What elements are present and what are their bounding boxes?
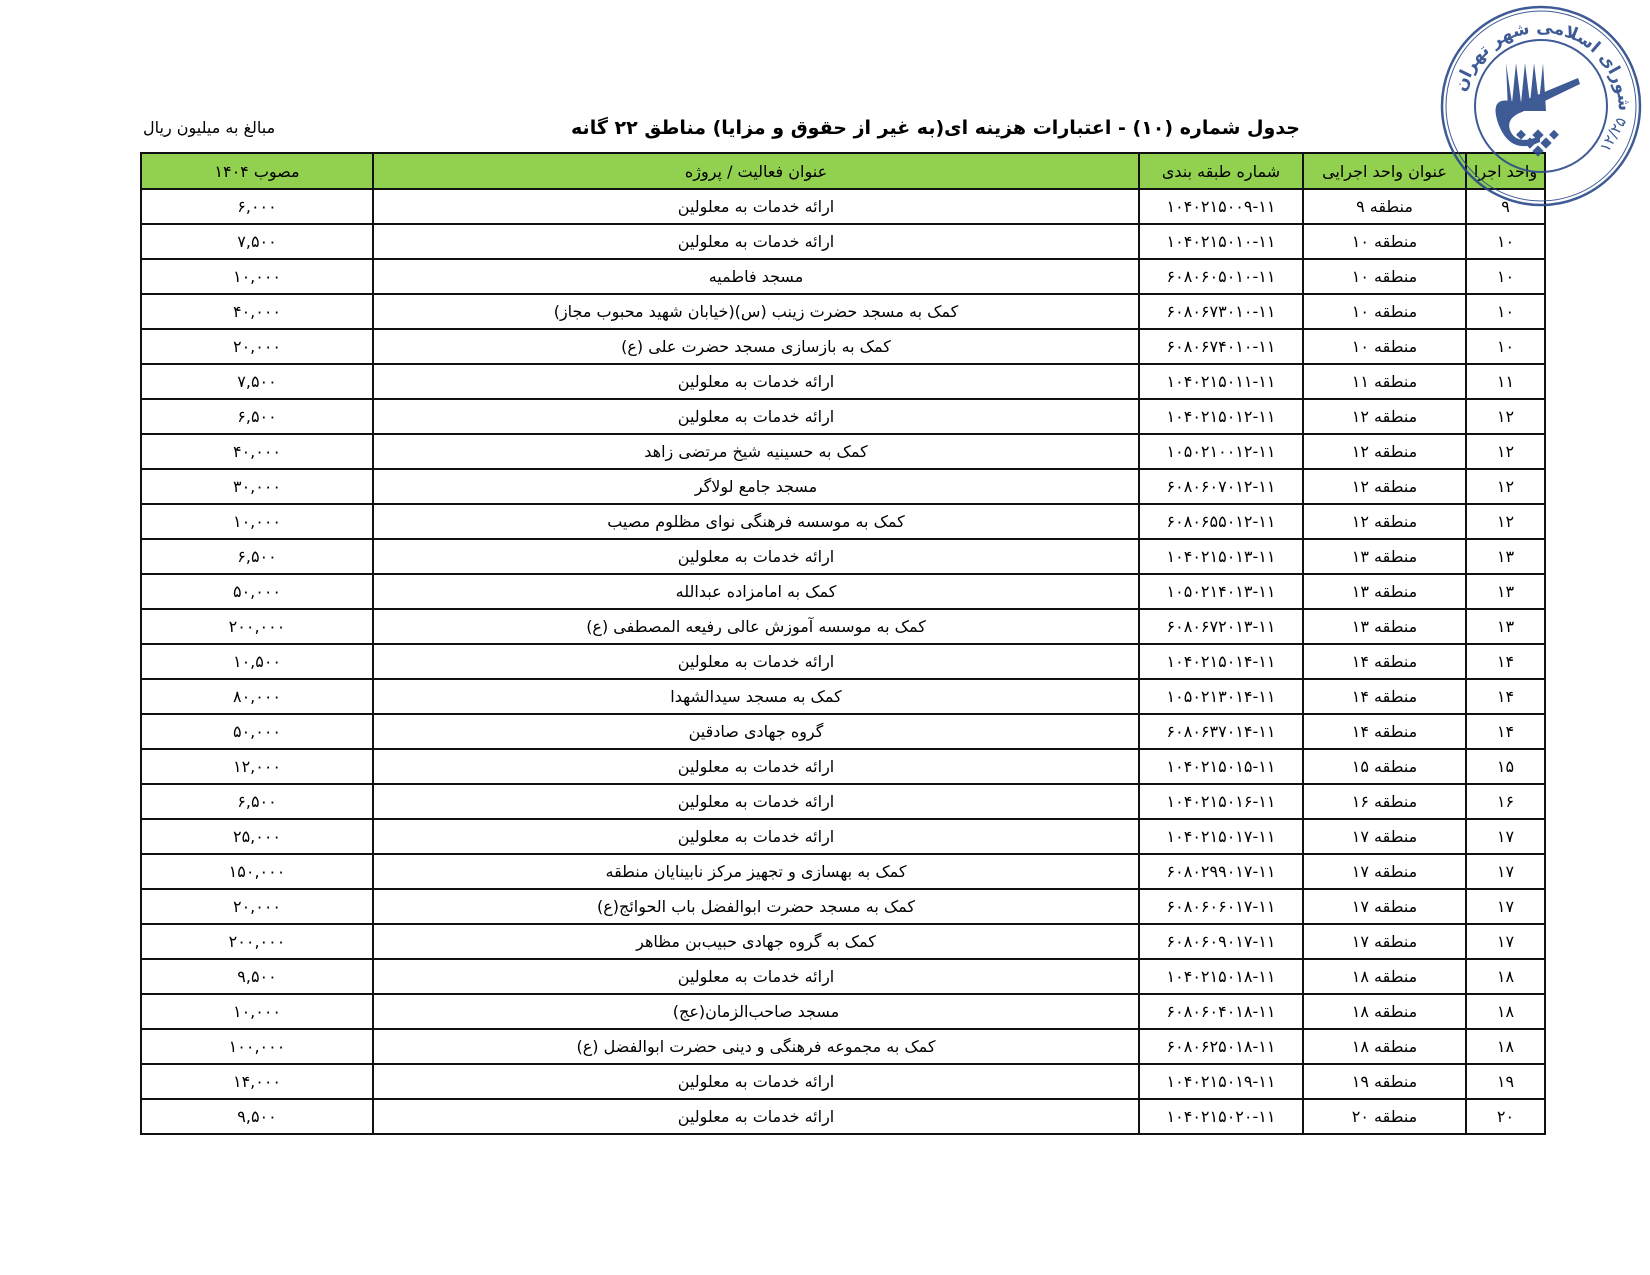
column-header-unit-title: عنوان واحد اجرایی bbox=[1303, 153, 1466, 189]
table-row: ۱۰منطقه ۱۰۶۰۸۰۶۰۵۰۱۰-۱۱مسجد فاطمیه۱۰,۰۰۰ bbox=[141, 259, 1545, 294]
approved-amount-cell: ۸۰,۰۰۰ bbox=[141, 679, 373, 714]
project-title-cell: مسجد جامع لولاگر bbox=[373, 469, 1139, 504]
approved-amount-cell: ۳۰,۰۰۰ bbox=[141, 469, 373, 504]
project-title-cell: گروه جهادی صادقین bbox=[373, 714, 1139, 749]
unit-no-cell: ۱۰ bbox=[1466, 329, 1545, 364]
unit-no-cell: ۱۷ bbox=[1466, 924, 1545, 959]
table-row: ۱۸منطقه ۱۸۶۰۸۰۶۰۴۰۱۸-۱۱مسجد صاحب‌الزمان(… bbox=[141, 994, 1545, 1029]
classification-code-cell: ۱۰۴۰۲۱۵۰۰۹-۱۱ bbox=[1139, 189, 1303, 224]
approved-amount-cell: ۵۰,۰۰۰ bbox=[141, 574, 373, 609]
approved-amount-cell: ۷,۵۰۰ bbox=[141, 364, 373, 399]
table-row: ۱۰منطقه ۱۰۶۰۸۰۶۷۳۰۱۰-۱۱کمک به مسجد حضرت … bbox=[141, 294, 1545, 329]
unit-title-cell: منطقه ۱۲ bbox=[1303, 504, 1466, 539]
classification-code-cell: ۱۰۴۰۲۱۵۰۱۹-۱۱ bbox=[1139, 1064, 1303, 1099]
unit-title-cell: منطقه ۱۰ bbox=[1303, 294, 1466, 329]
approved-amount-cell: ۴۰,۰۰۰ bbox=[141, 294, 373, 329]
unit-no-cell: ۱۵ bbox=[1466, 749, 1545, 784]
table-row: ۱۷منطقه ۱۷۱۰۴۰۲۱۵۰۱۷-۱۱ارائه خدمات به مع… bbox=[141, 819, 1545, 854]
approved-amount-cell: ۷,۵۰۰ bbox=[141, 224, 373, 259]
approved-amount-cell: ۱۴,۰۰۰ bbox=[141, 1064, 373, 1099]
approved-amount-cell: ۲۰۰,۰۰۰ bbox=[141, 924, 373, 959]
approved-amount-cell: ۹,۵۰۰ bbox=[141, 959, 373, 994]
unit-no-cell: ۱۴ bbox=[1466, 679, 1545, 714]
classification-code-cell: ۱۰۴۰۲۱۵۰۱۵-۱۱ bbox=[1139, 749, 1303, 784]
project-title-cell: ارائه خدمات به معلولین bbox=[373, 1064, 1139, 1099]
document-title: جدول شماره (۱۰) - اعتبارات هزینه ای(به غ… bbox=[680, 117, 1300, 139]
table-row: ۱۷منطقه ۱۷۶۰۸۰۶۰۶۰۱۷-۱۱کمک به مسجد حضرت … bbox=[141, 889, 1545, 924]
column-header-unit-no: واحد اجرا bbox=[1466, 153, 1545, 189]
unit-no-cell: ۲۰ bbox=[1466, 1099, 1545, 1134]
classification-code-cell: ۶۰۸۰۶۳۷۰۱۴-۱۱ bbox=[1139, 714, 1303, 749]
project-title-cell: کمک به مسجد حضرت زینب (س)(خیابان شهید مح… bbox=[373, 294, 1139, 329]
unit-no-cell: ۱۷ bbox=[1466, 819, 1545, 854]
approved-amount-cell: ۱۰,۰۰۰ bbox=[141, 994, 373, 1029]
unit-title-cell: منطقه ۱۷ bbox=[1303, 854, 1466, 889]
unit-title-cell: منطقه ۱۸ bbox=[1303, 959, 1466, 994]
unit-title-cell: منطقه ۱۲ bbox=[1303, 469, 1466, 504]
tehran-council-logo-icon bbox=[1496, 63, 1581, 157]
classification-code-cell: ۶۰۸۰۲۹۹۰۱۷-۱۱ bbox=[1139, 854, 1303, 889]
approved-amount-cell: ۱۰,۵۰۰ bbox=[141, 644, 373, 679]
table-row: ۱۲منطقه ۱۲۶۰۸۰۶۰۷۰۱۲-۱۱مسجد جامع لولاگر۳… bbox=[141, 469, 1545, 504]
unit-no-cell: ۱۸ bbox=[1466, 1029, 1545, 1064]
unit-title-cell: منطقه ۱۰ bbox=[1303, 329, 1466, 364]
classification-code-cell: ۱۰۴۰۲۱۵۰۱۸-۱۱ bbox=[1139, 959, 1303, 994]
unit-title-cell: منطقه ۱۹ bbox=[1303, 1064, 1466, 1099]
unit-title-cell: منطقه ۱۸ bbox=[1303, 1029, 1466, 1064]
table-row: ۱۳منطقه ۱۳۱۰۵۰۲۱۴۰۱۳-۱۱کمک به امامزاده ع… bbox=[141, 574, 1545, 609]
unit-no-cell: ۱۲ bbox=[1466, 469, 1545, 504]
table-row: ۱۷منطقه ۱۷۶۰۸۰۶۰۹۰۱۷-۱۱کمک به گروه جهادی… bbox=[141, 924, 1545, 959]
unit-title-cell: منطقه ۱۱ bbox=[1303, 364, 1466, 399]
unit-title-cell: منطقه ۱۶ bbox=[1303, 784, 1466, 819]
table-row: ۱۷منطقه ۱۷۶۰۸۰۲۹۹۰۱۷-۱۱کمک به بهسازی و ت… bbox=[141, 854, 1545, 889]
unit-no-cell: ۱۹ bbox=[1466, 1064, 1545, 1099]
unit-title-cell: منطقه ۱۳ bbox=[1303, 539, 1466, 574]
approved-amount-cell: ۹,۵۰۰ bbox=[141, 1099, 373, 1134]
stamp-text: اداره مصوبات شورای اسلامی شهر تهران bbox=[1438, 3, 1634, 118]
classification-code-cell: ۶۰۸۰۶۰۴۰۱۸-۱۱ bbox=[1139, 994, 1303, 1029]
classification-code-cell: ۱۰۴۰۲۱۵۰۱۰-۱۱ bbox=[1139, 224, 1303, 259]
approved-amount-cell: ۱۰۰,۰۰۰ bbox=[141, 1029, 373, 1064]
approved-amount-cell: ۲۰,۰۰۰ bbox=[141, 889, 373, 924]
unit-no-cell: ۱۳ bbox=[1466, 539, 1545, 574]
unit-title-cell: منطقه ۱۰ bbox=[1303, 224, 1466, 259]
approved-amount-cell: ۴۰,۰۰۰ bbox=[141, 434, 373, 469]
table-row: ۱۳منطقه ۱۳۱۰۴۰۲۱۵۰۱۳-۱۱ارائه خدمات به مع… bbox=[141, 539, 1545, 574]
approved-amount-cell: ۶,۵۰۰ bbox=[141, 399, 373, 434]
table-row: ۹منطقه ۹۱۰۴۰۲۱۵۰۰۹-۱۱ارائه خدمات به معلو… bbox=[141, 189, 1545, 224]
classification-code-cell: ۱۰۵۰۲۱۰۰۱۲-۱۱ bbox=[1139, 434, 1303, 469]
unit-no-cell: ۱۰ bbox=[1466, 259, 1545, 294]
classification-code-cell: ۱۰۴۰۲۱۵۰۱۳-۱۱ bbox=[1139, 539, 1303, 574]
approved-amount-cell: ۱۰,۰۰۰ bbox=[141, 259, 373, 294]
classification-code-cell: ۱۰۴۰۲۱۵۰۲۰-۱۱ bbox=[1139, 1099, 1303, 1134]
project-title-cell: کمک به موسسه آموزش عالی رفیعه المصطفی (ع… bbox=[373, 609, 1139, 644]
column-header-project: عنوان فعالیت / پروژه bbox=[373, 153, 1139, 189]
classification-code-cell: ۶۰۸۰۶۰۵۰۱۰-۱۱ bbox=[1139, 259, 1303, 294]
approved-amount-cell: ۲۰۰,۰۰۰ bbox=[141, 609, 373, 644]
table-row: ۱۴منطقه ۱۴۶۰۸۰۶۳۷۰۱۴-۱۱گروه جهادی صادقین… bbox=[141, 714, 1545, 749]
unit-no-cell: ۱۸ bbox=[1466, 994, 1545, 1029]
unit-no-cell: ۱۲ bbox=[1466, 504, 1545, 539]
classification-code-cell: ۶۰۸۰۶۷۴۰۱۰-۱۱ bbox=[1139, 329, 1303, 364]
approved-amount-cell: ۶,۰۰۰ bbox=[141, 189, 373, 224]
project-title-cell: ارائه خدمات به معلولین bbox=[373, 819, 1139, 854]
approved-amount-cell: ۵۰,۰۰۰ bbox=[141, 714, 373, 749]
project-title-cell: کمک به مسجد سیدالشهدا bbox=[373, 679, 1139, 714]
project-title-cell: ارائه خدمات به معلولین bbox=[373, 784, 1139, 819]
approved-amount-cell: ۱۵۰,۰۰۰ bbox=[141, 854, 373, 889]
project-title-cell: ارائه خدمات به معلولین bbox=[373, 539, 1139, 574]
project-title-cell: مسجد فاطمیه bbox=[373, 259, 1139, 294]
budget-table: واحد اجرا عنوان واحد اجرایی شماره طبقه ب… bbox=[140, 152, 1546, 1135]
classification-code-cell: ۱۰۴۰۲۱۵۰۱۱-۱۱ bbox=[1139, 364, 1303, 399]
currency-unit-note: مبالغ به میلیون ریال bbox=[143, 118, 275, 137]
table-row: ۱۸منطقه ۱۸۱۰۴۰۲۱۵۰۱۸-۱۱ارائه خدمات به مع… bbox=[141, 959, 1545, 994]
unit-no-cell: ۱۷ bbox=[1466, 889, 1545, 924]
table-row: ۱۲منطقه ۱۲۶۰۸۰۶۵۵۰۱۲-۱۱کمک به موسسه فرهن… bbox=[141, 504, 1545, 539]
classification-code-cell: ۱۰۴۰۲۱۵۰۱۲-۱۱ bbox=[1139, 399, 1303, 434]
unit-title-cell: منطقه ۲۰ bbox=[1303, 1099, 1466, 1134]
unit-no-cell: ۱۲ bbox=[1466, 399, 1545, 434]
classification-code-cell: ۶۰۸۰۶۵۵۰۱۲-۱۱ bbox=[1139, 504, 1303, 539]
unit-no-cell: ۱۰ bbox=[1466, 224, 1545, 259]
column-header-code: شماره طبقه بندی bbox=[1139, 153, 1303, 189]
project-title-cell: ارائه خدمات به معلولین bbox=[373, 364, 1139, 399]
unit-no-cell: ۱۴ bbox=[1466, 714, 1545, 749]
approved-amount-cell: ۲۵,۰۰۰ bbox=[141, 819, 373, 854]
table-row: ۱۸منطقه ۱۸۶۰۸۰۶۲۵۰۱۸-۱۱کمک به مجموعه فره… bbox=[141, 1029, 1545, 1064]
stamp-arc-text: اداره مصوبات شورای اسلامی شهر تهران bbox=[1438, 3, 1634, 118]
project-title-cell: ارائه خدمات به معلولین bbox=[373, 749, 1139, 784]
unit-title-cell: منطقه ۱۷ bbox=[1303, 924, 1466, 959]
table-row: ۱۹منطقه ۱۹۱۰۴۰۲۱۵۰۱۹-۱۱ارائه خدمات به مع… bbox=[141, 1064, 1545, 1099]
unit-title-cell: منطقه ۱۳ bbox=[1303, 609, 1466, 644]
unit-no-cell: ۱۱ bbox=[1466, 364, 1545, 399]
table-row: ۱۲منطقه ۱۲۱۰۵۰۲۱۰۰۱۲-۱۱کمک به حسینیه شیخ… bbox=[141, 434, 1545, 469]
table-row: ۱۰منطقه ۱۰۱۰۴۰۲۱۵۰۱۰-۱۱ارائه خدمات به مع… bbox=[141, 224, 1545, 259]
unit-title-cell: منطقه ۱۷ bbox=[1303, 819, 1466, 854]
approved-amount-cell: ۶,۵۰۰ bbox=[141, 784, 373, 819]
project-title-cell: کمک به مسجد حضرت ابوالفضل باب الحوائج(ع) bbox=[373, 889, 1139, 924]
project-title-cell: ارائه خدمات به معلولین bbox=[373, 1099, 1139, 1134]
classification-code-cell: ۶۰۸۰۶۰۹۰۱۷-۱۱ bbox=[1139, 924, 1303, 959]
table-row: ۱۲منطقه ۱۲۱۰۴۰۲۱۵۰۱۲-۱۱ارائه خدمات به مع… bbox=[141, 399, 1545, 434]
classification-code-cell: ۶۰۸۰۶۲۵۰۱۸-۱۱ bbox=[1139, 1029, 1303, 1064]
unit-no-cell: ۱۲ bbox=[1466, 434, 1545, 469]
classification-code-cell: ۶۰۸۰۶۷۳۰۱۰-۱۱ bbox=[1139, 294, 1303, 329]
stamp-number: ۱۲/۲۵ bbox=[1596, 114, 1630, 155]
unit-no-cell: ۱۰ bbox=[1466, 294, 1545, 329]
unit-title-cell: منطقه ۱۰ bbox=[1303, 259, 1466, 294]
unit-title-cell: منطقه ۹ bbox=[1303, 189, 1466, 224]
approved-amount-cell: ۱۲,۰۰۰ bbox=[141, 749, 373, 784]
unit-no-cell: ۱۸ bbox=[1466, 959, 1545, 994]
project-title-cell: ارائه خدمات به معلولین bbox=[373, 399, 1139, 434]
column-header-amount: مصوب ۱۴۰۴ bbox=[141, 153, 373, 189]
unit-no-cell: ۱۷ bbox=[1466, 854, 1545, 889]
unit-title-cell: منطقه ۱۷ bbox=[1303, 889, 1466, 924]
unit-no-cell: ۹ bbox=[1466, 189, 1545, 224]
classification-code-cell: ۱۰۵۰۲۱۳۰۱۴-۱۱ bbox=[1139, 679, 1303, 714]
project-title-cell: کمک به گروه جهادی حبیب‌بن مظاهر bbox=[373, 924, 1139, 959]
unit-title-cell: منطقه ۱۵ bbox=[1303, 749, 1466, 784]
classification-code-cell: ۱۰۴۰۲۱۵۰۱۶-۱۱ bbox=[1139, 784, 1303, 819]
project-title-cell: کمک به مجموعه فرهنگی و دینی حضرت ابوالفض… bbox=[373, 1029, 1139, 1064]
table-row: ۱۴منطقه ۱۴۱۰۴۰۲۱۵۰۱۴-۱۱ارائه خدمات به مع… bbox=[141, 644, 1545, 679]
project-title-cell: کمک به بازسازی مسجد حضرت علی (ع) bbox=[373, 329, 1139, 364]
table-row: ۲۰منطقه ۲۰۱۰۴۰۲۱۵۰۲۰-۱۱ارائه خدمات به مع… bbox=[141, 1099, 1545, 1134]
unit-no-cell: ۱۳ bbox=[1466, 574, 1545, 609]
unit-title-cell: منطقه ۱۲ bbox=[1303, 434, 1466, 469]
table-header-row: واحد اجرا عنوان واحد اجرایی شماره طبقه ب… bbox=[141, 153, 1545, 189]
project-title-cell: ارائه خدمات به معلولین bbox=[373, 644, 1139, 679]
classification-code-cell: ۱۰۴۰۲۱۵۰۱۷-۱۱ bbox=[1139, 819, 1303, 854]
table-row: ۱۱منطقه ۱۱۱۰۴۰۲۱۵۰۱۱-۱۱ارائه خدمات به مع… bbox=[141, 364, 1545, 399]
classification-code-cell: ۱۰۴۰۲۱۵۰۱۴-۱۱ bbox=[1139, 644, 1303, 679]
project-title-cell: ارائه خدمات به معلولین bbox=[373, 959, 1139, 994]
table-body: ۹منطقه ۹۱۰۴۰۲۱۵۰۰۹-۱۱ارائه خدمات به معلو… bbox=[141, 189, 1545, 1134]
project-title-cell: کمک به موسسه فرهنگی نوای مظلوم مصیب bbox=[373, 504, 1139, 539]
classification-code-cell: ۶۰۸۰۶۷۲۰۱۳-۱۱ bbox=[1139, 609, 1303, 644]
table-row: ۱۴منطقه ۱۴۱۰۵۰۲۱۳۰۱۴-۱۱کمک به مسجد سیدال… bbox=[141, 679, 1545, 714]
unit-no-cell: ۱۴ bbox=[1466, 644, 1545, 679]
approved-amount-cell: ۱۰,۰۰۰ bbox=[141, 504, 373, 539]
project-title-cell: مسجد صاحب‌الزمان(عج) bbox=[373, 994, 1139, 1029]
unit-no-cell: ۱۳ bbox=[1466, 609, 1545, 644]
table-row: ۱۵منطقه ۱۵۱۰۴۰۲۱۵۰۱۵-۱۱ارائه خدمات به مع… bbox=[141, 749, 1545, 784]
unit-title-cell: منطقه ۱۸ bbox=[1303, 994, 1466, 1029]
approved-amount-cell: ۲۰,۰۰۰ bbox=[141, 329, 373, 364]
unit-no-cell: ۱۶ bbox=[1466, 784, 1545, 819]
project-title-cell: کمک به امامزاده عبدالله bbox=[373, 574, 1139, 609]
table-row: ۱۰منطقه ۱۰۶۰۸۰۶۷۴۰۱۰-۱۱کمک به بازسازی مس… bbox=[141, 329, 1545, 364]
project-title-cell: کمک به بهسازی و تجهیز مرکز نابینایان منط… bbox=[373, 854, 1139, 889]
project-title-cell: ارائه خدمات به معلولین bbox=[373, 224, 1139, 259]
table-row: ۱۳منطقه ۱۳۶۰۸۰۶۷۲۰۱۳-۱۱کمک به موسسه آموز… bbox=[141, 609, 1545, 644]
unit-title-cell: منطقه ۱۴ bbox=[1303, 644, 1466, 679]
project-title-cell: ارائه خدمات به معلولین bbox=[373, 189, 1139, 224]
classification-code-cell: ۶۰۸۰۶۰۷۰۱۲-۱۱ bbox=[1139, 469, 1303, 504]
unit-title-cell: منطقه ۱۳ bbox=[1303, 574, 1466, 609]
classification-code-cell: ۶۰۸۰۶۰۶۰۱۷-۱۱ bbox=[1139, 889, 1303, 924]
classification-code-cell: ۱۰۵۰۲۱۴۰۱۳-۱۱ bbox=[1139, 574, 1303, 609]
unit-title-cell: منطقه ۱۴ bbox=[1303, 679, 1466, 714]
unit-title-cell: منطقه ۱۲ bbox=[1303, 399, 1466, 434]
project-title-cell: کمک به حسینیه شیخ مرتضی زاهد bbox=[373, 434, 1139, 469]
table-row: ۱۶منطقه ۱۶۱۰۴۰۲۱۵۰۱۶-۱۱ارائه خدمات به مع… bbox=[141, 784, 1545, 819]
approved-amount-cell: ۶,۵۰۰ bbox=[141, 539, 373, 574]
unit-title-cell: منطقه ۱۴ bbox=[1303, 714, 1466, 749]
